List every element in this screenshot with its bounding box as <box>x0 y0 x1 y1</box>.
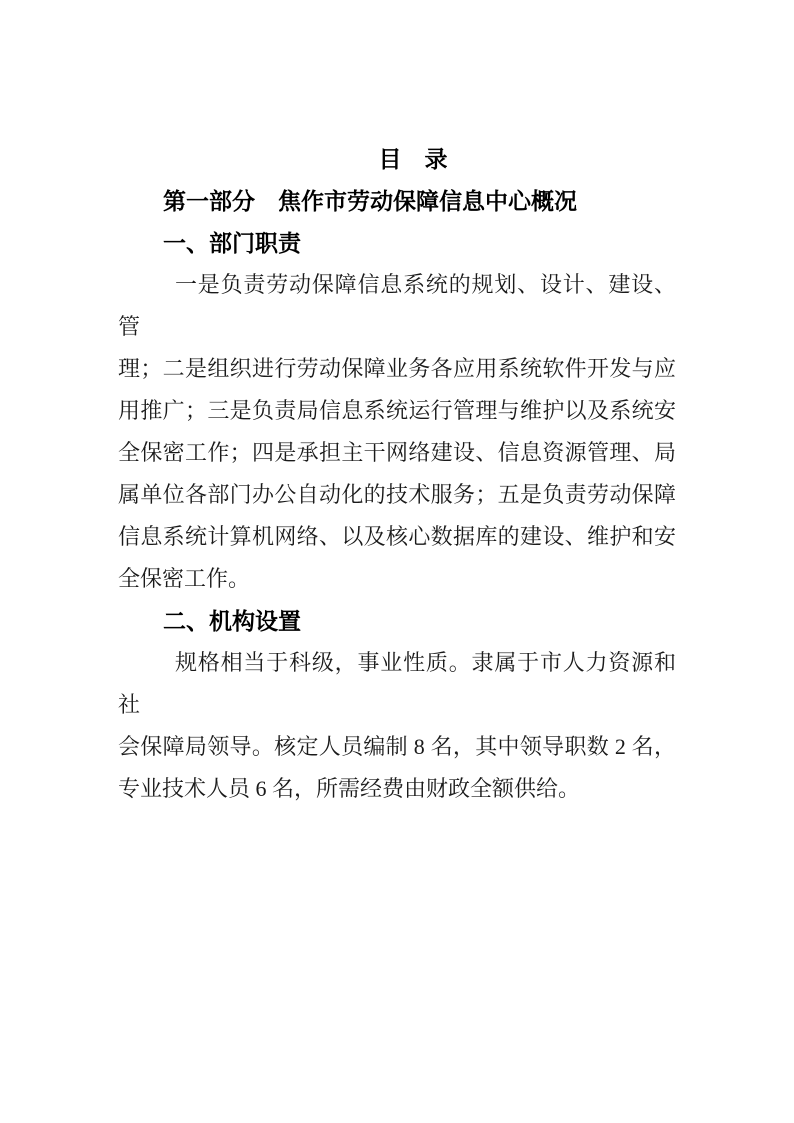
section-1-heading: 一、部门职责 <box>118 222 676 264</box>
paragraph-line: 属单位各部门办公自动化的技术服务；五是负责劳动保障 <box>118 474 676 516</box>
section-2-heading: 二、机构设置 <box>118 600 676 642</box>
paragraph-line: 全保密工作；四是承担主干网络建设、信息资源管理、局 <box>118 432 676 474</box>
paragraph-line: 全保密工作。 <box>118 558 676 600</box>
paragraph-line: 专业技术人员 6 名，所需经费由财政全额供给。 <box>118 768 676 810</box>
paragraph-line: 信息系统计算机网络、以及核心数据库的建设、维护和安 <box>118 516 676 558</box>
doc-title: 目 录 <box>118 144 676 174</box>
paragraph-line: 一是负责劳动保障信息系统的规划、设计、建设、管 <box>118 264 676 348</box>
page-content: 目 录 第一部分 焦作市劳动保障信息中心概况 一、部门职责 一是负责劳动保障信息… <box>118 0 676 810</box>
paragraph-line: 用推广；三是负责局信息系统运行管理与维护以及系统安 <box>118 390 676 432</box>
paragraph-line: 会保障局领导。核定人员编制 8 名，其中领导职数 2 名， <box>118 726 676 768</box>
section-2-paragraph: 规格相当于科级，事业性质。隶属于市人力资源和社 会保障局领导。核定人员编制 8 … <box>118 642 676 810</box>
paragraph-line: 规格相当于科级，事业性质。隶属于市人力资源和社 <box>118 642 676 726</box>
paragraph-line: 理；二是组织进行劳动保障业务各应用系统软件开发与应 <box>118 348 676 390</box>
document-page: 目 录 第一部分 焦作市劳动保障信息中心概况 一、部门职责 一是负责劳动保障信息… <box>0 0 794 1123</box>
part-heading: 第一部分 焦作市劳动保障信息中心概况 <box>118 180 676 222</box>
section-1-paragraph: 一是负责劳动保障信息系统的规划、设计、建设、管 理；二是组织进行劳动保障业务各应… <box>118 264 676 600</box>
